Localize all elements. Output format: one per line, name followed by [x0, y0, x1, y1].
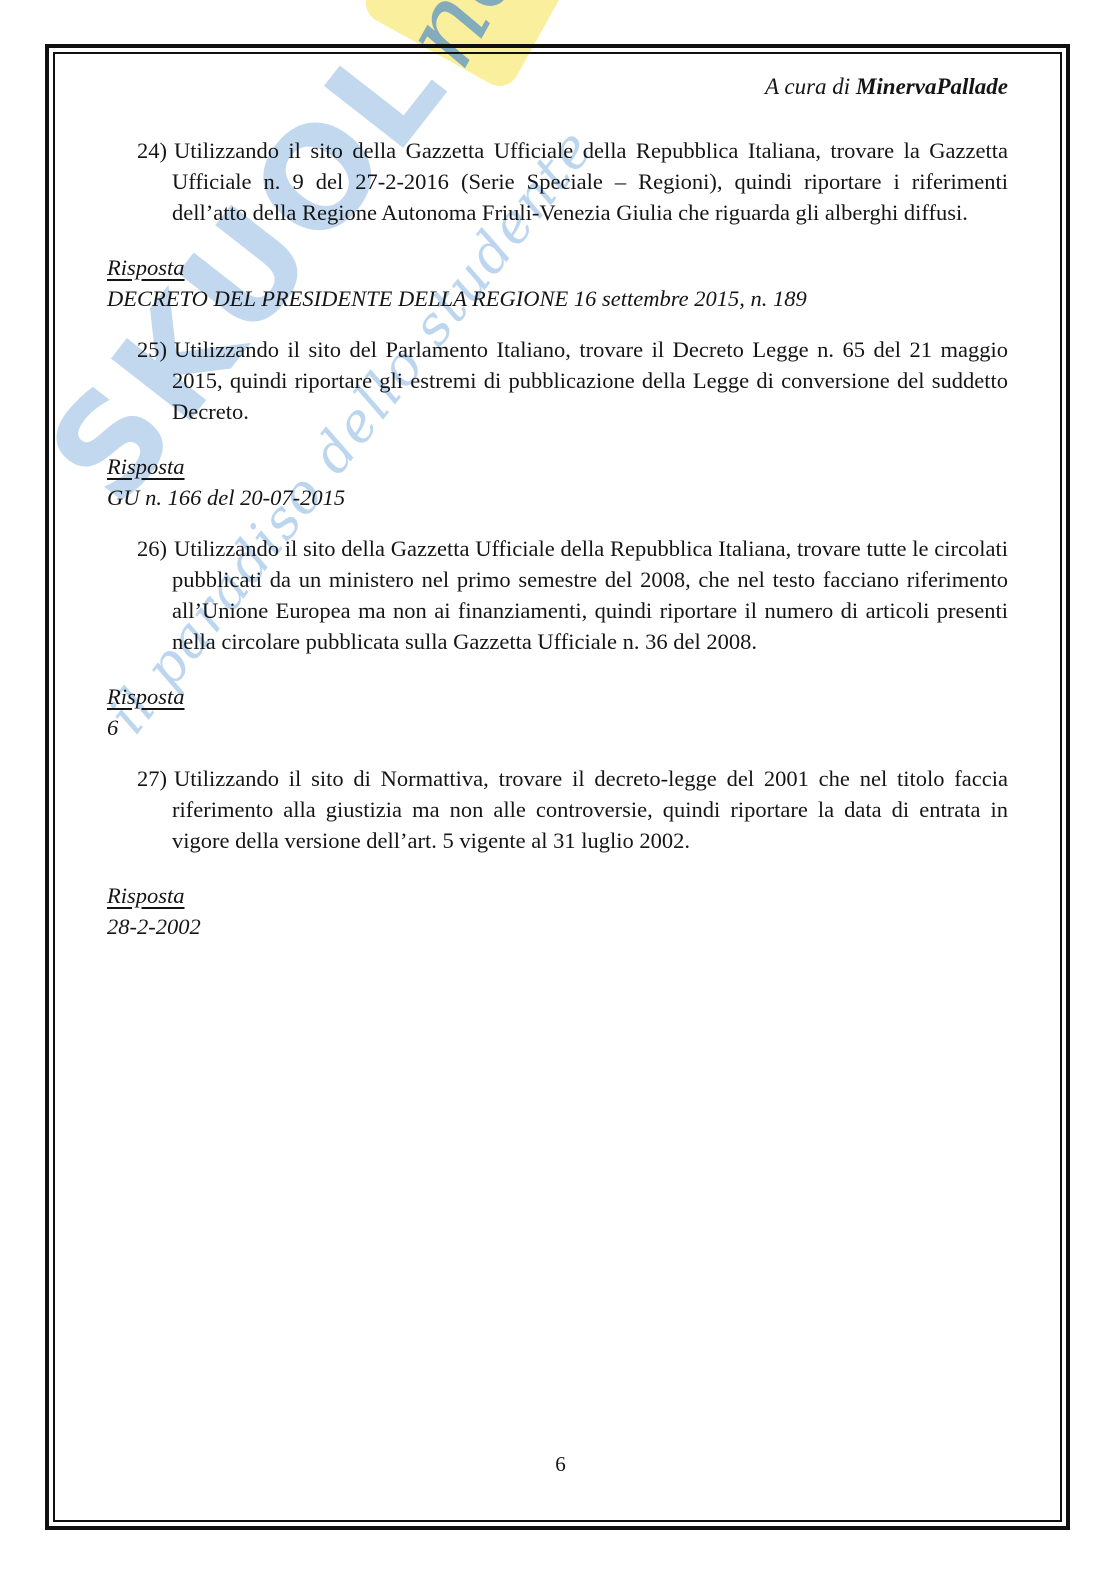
answer-label: Risposta — [107, 880, 1008, 911]
answer-block-24: Risposta DECRETO DEL PRESIDENTE DELLA RE… — [107, 252, 1008, 314]
question-text: Utilizzando il sito del Parlamento Itali… — [172, 337, 1008, 424]
answer-text: 28-2-2002 — [107, 911, 1008, 942]
answer-block-27: Risposta 28-2-2002 — [107, 880, 1008, 942]
question-25: 25)Utilizzando il sito del Parlamento It… — [107, 334, 1008, 427]
question-26: 26)Utilizzando il sito della Gazzetta Uf… — [107, 533, 1008, 657]
question-text: Utilizzando il sito di Normattiva, trova… — [172, 766, 1008, 853]
answer-text: 6 — [107, 712, 1008, 743]
question-27: 27)Utilizzando il sito di Normattiva, tr… — [107, 763, 1008, 856]
question-text: Utilizzando il sito della Gazzetta Uffic… — [172, 536, 1008, 654]
answer-label: Risposta — [107, 252, 1008, 283]
question-number: 27) — [137, 766, 174, 791]
answer-label: Risposta — [107, 681, 1008, 712]
header-author: MinervaPallade — [856, 74, 1008, 99]
answer-text: DECRETO DEL PRESIDENTE DELLA REGIONE 16 … — [107, 283, 1008, 314]
document-page: { "header": { "prefix": "A cura di ", "a… — [0, 0, 1116, 1579]
page-header: A cura di MinervaPallade — [107, 71, 1008, 103]
answer-text: GU n. 166 del 20-07-2015 — [107, 482, 1008, 513]
question-24: 24)Utilizzando il sito della Gazzetta Uf… — [107, 135, 1008, 228]
answer-block-25: Risposta GU n. 166 del 20-07-2015 — [107, 451, 1008, 513]
document-content: A cura di MinervaPallade 24)Utilizzando … — [61, 61, 1060, 1527]
answer-block-26: Risposta 6 — [107, 681, 1008, 743]
question-number: 24) — [137, 138, 174, 163]
header-prefix: A cura di — [765, 74, 856, 99]
question-text: Utilizzando il sito della Gazzetta Uffic… — [172, 138, 1008, 225]
question-number: 25) — [137, 337, 174, 362]
question-number: 26) — [137, 536, 174, 561]
answer-label: Risposta — [107, 451, 1008, 482]
page-number: 6 — [61, 1452, 1060, 1477]
